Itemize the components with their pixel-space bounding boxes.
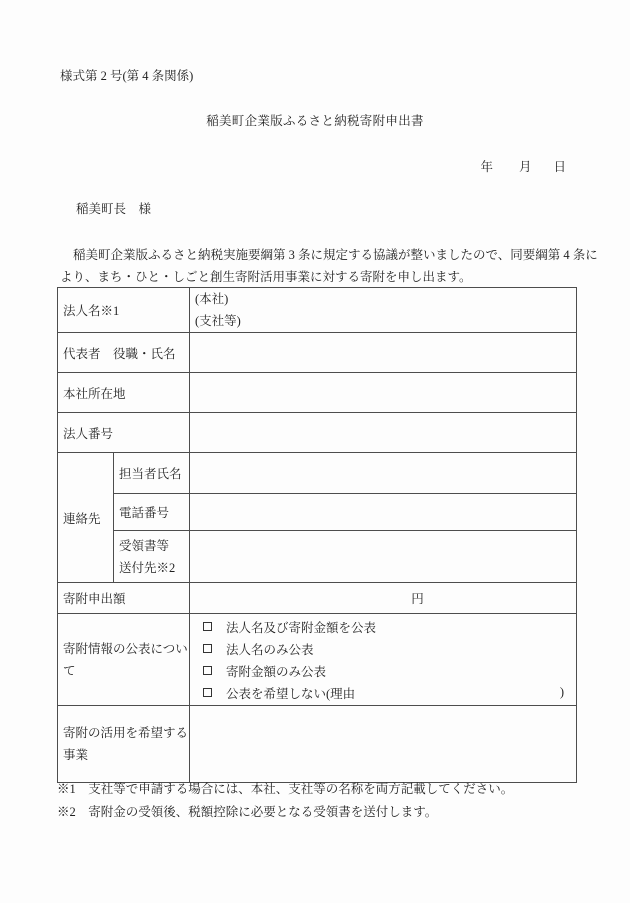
donation-amount-value-cell[interactable]: 円 xyxy=(190,583,577,614)
publication-option-2-label: 法人名のみ公表 xyxy=(226,640,314,658)
row-donation-amount: 寄附申出額 円 xyxy=(58,583,577,614)
representative-value-cell[interactable] xyxy=(190,333,577,373)
body-paragraph-line-1: 稲美町企業版ふるさと納税実施要綱第 3 条に規定する協議が整いましたので、同要綱… xyxy=(60,244,575,266)
document-title: 稲美町企業版ふるさと納税寄附申出書 xyxy=(0,111,630,129)
checkbox-icon[interactable] xyxy=(203,688,212,697)
document-page: 様式第 2 号(第 4 条関係) 稲美町企業版ふるさと納税寄附申出書 年月日 稲… xyxy=(0,0,630,903)
publication-option-1: 法人名及び寄附金額を公表 xyxy=(195,616,576,638)
donation-amount-label: 寄附申出額 xyxy=(58,583,190,614)
reason-closing-paren: ) xyxy=(560,685,576,700)
corporate-name-value-cell[interactable]: (本社) (支社等) xyxy=(190,288,577,333)
corporate-number-value-cell[interactable] xyxy=(190,413,577,453)
row-representative: 代表者 役職・氏名 xyxy=(58,333,577,373)
row-contact-receipt: 受領書等 送付先※2 xyxy=(58,531,577,583)
body-paragraph-line-2: より、まち・ひと・しごと創生寄附活用事業に対する寄附を申し出ます。 xyxy=(60,266,575,288)
date-month-label: 月 xyxy=(519,160,532,174)
date-year-label: 年 xyxy=(480,160,493,174)
desired-project-value-cell[interactable] xyxy=(190,706,577,783)
checkbox-icon[interactable] xyxy=(203,666,212,675)
date-line: 年月日 xyxy=(480,157,566,175)
publication-option-4: 公表を希望しない(理由 ) xyxy=(195,682,576,704)
corporate-name-branch-line: (支社等) xyxy=(195,310,576,332)
row-contact-phone: 電話番号 xyxy=(58,494,577,531)
publication-options-cell: 法人名及び寄附金額を公表 法人名のみ公表 寄附金額のみ公表 公表を希望しない(理… xyxy=(190,614,577,706)
contact-phone-label: 電話番号 xyxy=(114,494,190,531)
row-head-office-address: 本社所在地 xyxy=(58,373,577,413)
footnote-2: ※2 寄附金の受領後、税額控除に必要となる受領書を送付します。 xyxy=(57,801,513,824)
contact-receipt-value-cell[interactable] xyxy=(190,531,577,583)
desired-project-label: 寄附の活用を希望する 事業 xyxy=(58,706,190,783)
footnote-1: ※1 支社等で申請する場合には、本社、支社等の名称を両方記載してください。 xyxy=(57,778,513,801)
checkbox-icon[interactable] xyxy=(203,622,212,631)
row-contact-person: 連絡先 担当者氏名 xyxy=(58,453,577,494)
publication-option-4-label: 公表を希望しない(理由 xyxy=(226,684,355,702)
contact-receipt-label: 受領書等 送付先※2 xyxy=(114,531,190,583)
contact-receipt-label-line-2: 送付先※2 xyxy=(119,557,189,579)
row-publication: 寄附情報の公表につい て 法人名及び寄附金額を公表 法人名のみ公表 寄附金額のみ… xyxy=(58,614,577,706)
form-number: 様式第 2 号(第 4 条関係) xyxy=(60,66,193,84)
corporate-name-label: 法人名※1 xyxy=(58,288,190,333)
representative-label: 代表者 役職・氏名 xyxy=(58,333,190,373)
application-form-table: 法人名※1 (本社) (支社等) 代表者 役職・氏名 本社所在地 法人番号 連絡… xyxy=(57,287,577,783)
publication-label-line-2: て xyxy=(63,660,189,682)
desired-project-label-line-1: 寄附の活用を希望する xyxy=(63,722,189,744)
contact-label: 連絡先 xyxy=(58,453,114,583)
publication-option-3-label: 寄附金額のみ公表 xyxy=(226,662,326,680)
corporate-name-head-office-line: (本社) xyxy=(195,288,576,310)
addressee: 稲美町長 様 xyxy=(76,199,151,217)
desired-project-label-line-2: 事業 xyxy=(63,744,189,766)
publication-label: 寄附情報の公表につい て xyxy=(58,614,190,706)
row-corporate-name: 法人名※1 (本社) (支社等) xyxy=(58,288,577,333)
publication-label-line-1: 寄附情報の公表につい xyxy=(63,638,189,660)
publication-option-2: 法人名のみ公表 xyxy=(195,638,576,660)
contact-phone-value-cell[interactable] xyxy=(190,494,577,531)
row-desired-project: 寄附の活用を希望する 事業 xyxy=(58,706,577,783)
date-day-label: 日 xyxy=(553,160,566,174)
contact-receipt-label-line-1: 受領書等 xyxy=(119,535,189,557)
publication-option-3: 寄附金額のみ公表 xyxy=(195,660,576,682)
contact-person-value-cell[interactable] xyxy=(190,453,577,494)
yen-unit-label: 円 xyxy=(411,592,424,606)
contact-person-label: 担当者氏名 xyxy=(114,453,190,494)
head-office-address-label: 本社所在地 xyxy=(58,373,190,413)
corporate-number-label: 法人番号 xyxy=(58,413,190,453)
publication-option-1-label: 法人名及び寄附金額を公表 xyxy=(226,618,376,636)
checkbox-icon[interactable] xyxy=(203,644,212,653)
body-paragraph: 稲美町企業版ふるさと納税実施要綱第 3 条に規定する協議が整いましたので、同要綱… xyxy=(60,244,575,289)
footnotes: ※1 支社等で申請する場合には、本社、支社等の名称を両方記載してください。 ※2… xyxy=(57,778,513,824)
row-corporate-number: 法人番号 xyxy=(58,413,577,453)
head-office-address-value-cell[interactable] xyxy=(190,373,577,413)
